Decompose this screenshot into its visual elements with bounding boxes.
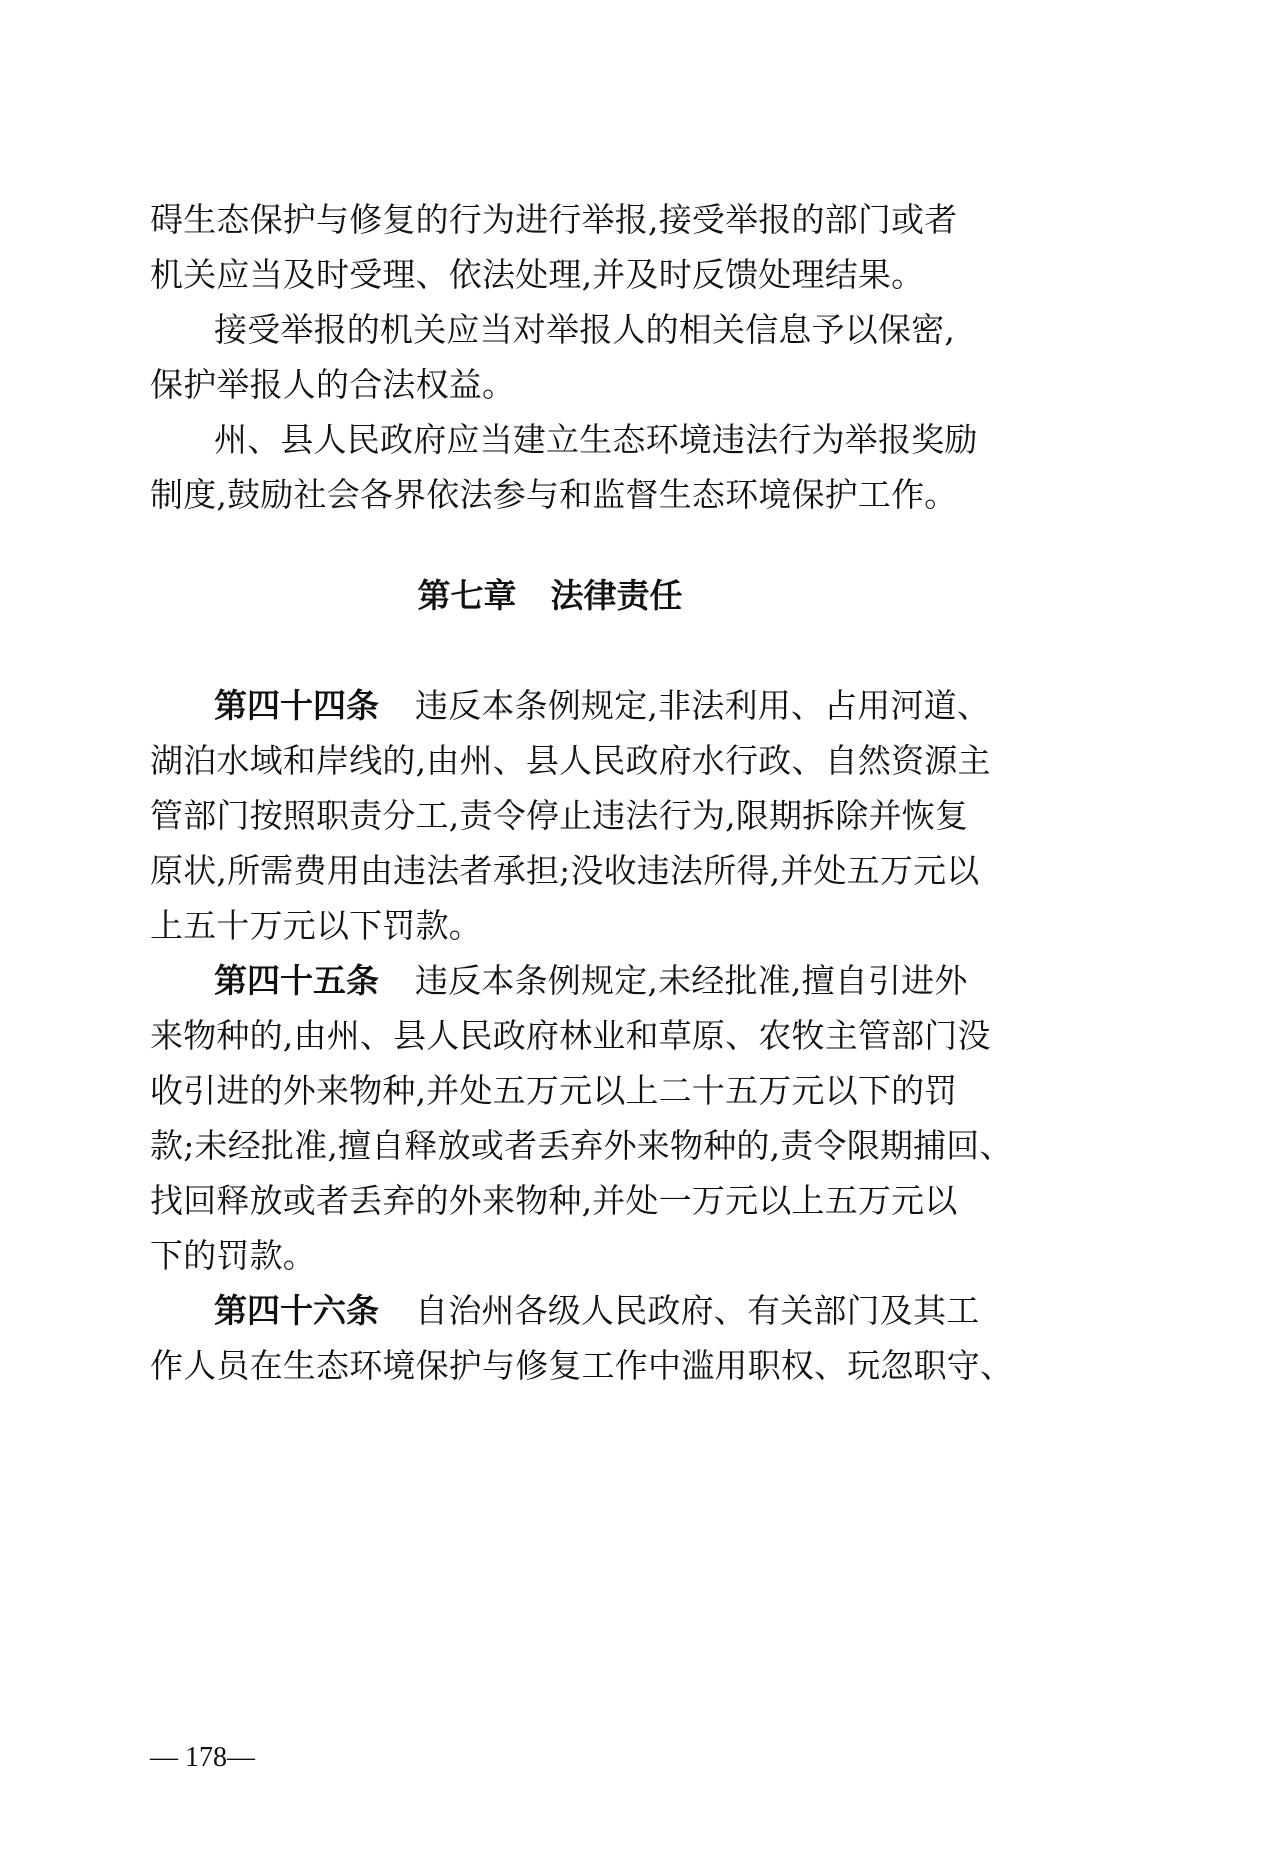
chapter-title: 法律责任 [551,576,683,615]
paragraph-line: 州、县人民政府应当建立生态环境违法行为举报奖励 [214,410,1014,470]
article-title: 第四十五条 [214,961,379,1000]
chapter-heading: 第七章法律责任 [0,566,1100,626]
paragraph-line: 保护举报人的合法权益。 [150,355,950,415]
article-text: 自治州各级人民政府、有关部门及其工 [415,1291,979,1330]
article-title: 第四十四条 [214,686,379,725]
article-46-first-line: 第四十六条自治州各级人民政府、有关部门及其工 [214,1281,1014,1341]
article-line: 原状,所需费用由违法者承担;没收违法所得,并处五万元以 [150,841,950,901]
paragraph-line: 机关应当及时受理、依法处理,并及时反馈处理结果。 [150,245,950,305]
document-page: 碍生态保护与修复的行为进行举报,接受举报的部门或者 机关应当及时受理、依法处理,… [0,0,1279,1852]
article-title: 第四十六条 [214,1291,379,1330]
article-line: 收引进的外来物种,并处五万元以上二十五万元以下的罚 [150,1061,950,1121]
chapter-number: 第七章 [418,576,517,615]
article-line: 来物种的,由州、县人民政府林业和草原、农牧主管部门没 [150,1006,950,1066]
paragraph-line: 接受举报的机关应当对举报人的相关信息予以保密, [214,300,1014,360]
article-text: 违反本条例规定,非法利用、占用河道、 [415,686,990,725]
article-45-first-line: 第四十五条违反本条例规定,未经批准,擅自引进外 [214,951,1014,1011]
paragraph-line: 碍生态保护与修复的行为进行举报,接受举报的部门或者 [150,190,950,250]
article-line: 上五十万元以下罚款。 [150,896,950,956]
article-line: 下的罚款。 [150,1226,950,1286]
article-line: 作人员在生态环境保护与修复工作中滥用职权、玩忽职守、 [150,1336,950,1396]
paragraph-line: 制度,鼓励社会各界依法参与和监督生态环境保护工作。 [150,465,950,525]
article-line: 款;未经批准,擅自释放或者丢弃外来物种的,责令限期捕回、 [150,1116,950,1176]
article-44-first-line: 第四十四条违反本条例规定,非法利用、占用河道、 [214,676,1014,736]
article-line: 找回释放或者丢弃的外来物种,并处一万元以上五万元以 [150,1171,950,1231]
article-line: 湖泊水域和岸线的,由州、县人民政府水行政、自然资源主 [150,731,950,791]
article-text: 违反本条例规定,未经批准,擅自引进外 [415,961,968,1000]
page-number: — 178— [150,1738,255,1778]
article-line: 管部门按照职责分工,责令停止违法行为,限期拆除并恢复 [150,786,950,846]
